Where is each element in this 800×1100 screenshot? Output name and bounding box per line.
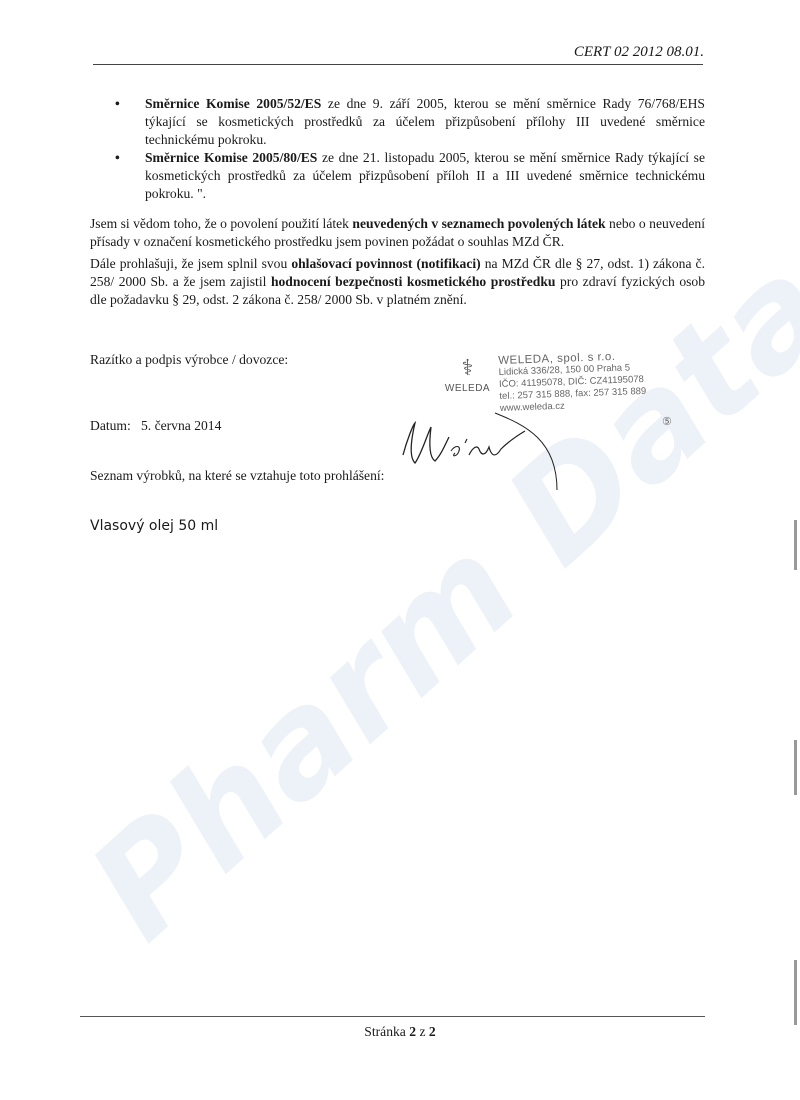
header-divider xyxy=(93,64,703,65)
text: Dále prohlašuji, že jsem splnil svou xyxy=(90,256,291,271)
handwritten-signature xyxy=(385,385,585,495)
scan-edge-mark xyxy=(794,740,797,795)
date-line: Datum: 5. června 2014 xyxy=(90,418,221,434)
directive-list: • Směrnice Komise 2005/52/ES ze dne 9. z… xyxy=(115,95,705,203)
document-page: CERT 02 2012 08.01. • Směrnice Komise 20… xyxy=(0,0,800,1100)
page-separator: z xyxy=(419,1024,425,1039)
page-total: 2 xyxy=(429,1024,436,1039)
products-label: Seznam výrobků, na které se vztahuje tot… xyxy=(90,468,384,484)
declaration-paragraph-1: Jsem si vědom toho, že o povolení použit… xyxy=(90,215,705,251)
bullet-icon: • xyxy=(115,149,120,167)
stamp-label: Razítko a podpis výrobce / dovozce: xyxy=(90,352,288,368)
page-number: Stránka 2 z 2 xyxy=(0,1024,800,1040)
scan-edge-mark xyxy=(794,960,797,1025)
page-current: 2 xyxy=(409,1024,416,1039)
date-label: Datum: xyxy=(90,418,131,433)
text: Jsem si vědom toho, že o povolení použit… xyxy=(90,216,352,231)
declaration-paragraph-2: Dále prohlašuji, že jsem splnil svou ohl… xyxy=(90,255,705,309)
emphasis: ohlašovací povinnost (notifikaci) xyxy=(291,256,480,271)
scan-edge-mark xyxy=(794,520,797,570)
emphasis: hodnocení bezpečnosti kosmetického prost… xyxy=(271,274,556,289)
page-prefix: Stránka xyxy=(364,1024,406,1039)
footer-divider xyxy=(80,1016,705,1017)
stamp-number: ⑤ xyxy=(662,415,672,428)
date-value: 5. června 2014 xyxy=(141,418,221,433)
emphasis: neuvedených v seznamech povolených látek xyxy=(352,216,605,231)
document-reference: CERT 02 2012 08.01. xyxy=(574,44,704,61)
directive-title: Směrnice Komise 2005/80/ES xyxy=(145,150,317,165)
caduceus-icon: ⚕ xyxy=(440,355,495,381)
product-item: Vlasový olej 50 ml xyxy=(90,518,218,534)
directive-title: Směrnice Komise 2005/52/ES xyxy=(145,96,321,111)
list-item: • Směrnice Komise 2005/52/ES ze dne 9. z… xyxy=(115,95,705,149)
list-item: • Směrnice Komise 2005/80/ES ze dne 21. … xyxy=(115,149,705,203)
bullet-icon: • xyxy=(115,95,120,113)
